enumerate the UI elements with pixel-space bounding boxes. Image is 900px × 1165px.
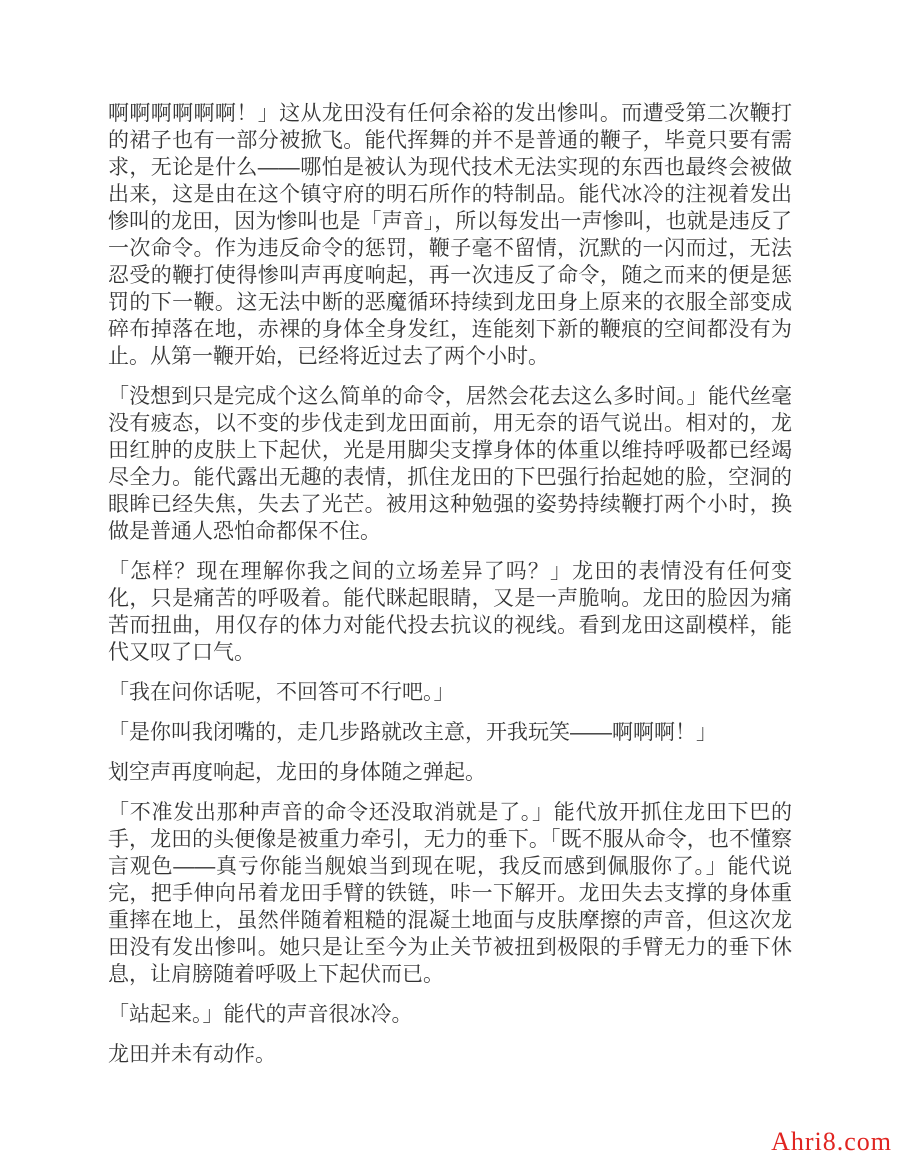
site-watermark: Ahri8.com bbox=[771, 1127, 892, 1157]
paragraph: 「怎样？现在理解你我之间的立场差异了吗？」龙田的表情没有任何变化，只是痛苦的呼吸… bbox=[108, 558, 792, 666]
paragraph: 划空声再度响起，龙田的身体随之弹起。 bbox=[108, 759, 792, 786]
paragraph: 「没想到只是完成个这么简单的命令，居然会花去这么多时间。」能代丝毫没有疲态，以不… bbox=[108, 383, 792, 545]
document-page: 啊啊啊啊啊啊！」这从龙田没有任何余裕的发出惨叫。而遭受第二次鞭打的裙子也有一部分… bbox=[0, 0, 900, 1165]
paragraph: 「不准发出那种声音的命令还没取消就是了。」能代放开抓住龙田下巴的手，龙田的头便像… bbox=[108, 799, 792, 988]
paragraph: 「站起来。」能代的声音很冰冷。 bbox=[108, 1001, 792, 1028]
paragraph: 啊啊啊啊啊啊！」这从龙田没有任何余裕的发出惨叫。而遭受第二次鞭打的裙子也有一部分… bbox=[108, 100, 792, 370]
novel-text-block: 啊啊啊啊啊啊！」这从龙田没有任何余裕的发出惨叫。而遭受第二次鞭打的裙子也有一部分… bbox=[108, 100, 792, 1081]
paragraph: 「是你叫我闭嘴的，走几步路就改主意，开我玩笑——啊啊啊！」 bbox=[108, 719, 792, 746]
paragraph: 「我在问你话呢，不回答可不行吧。」 bbox=[108, 679, 792, 706]
paragraph: 龙田并未有动作。 bbox=[108, 1041, 792, 1068]
